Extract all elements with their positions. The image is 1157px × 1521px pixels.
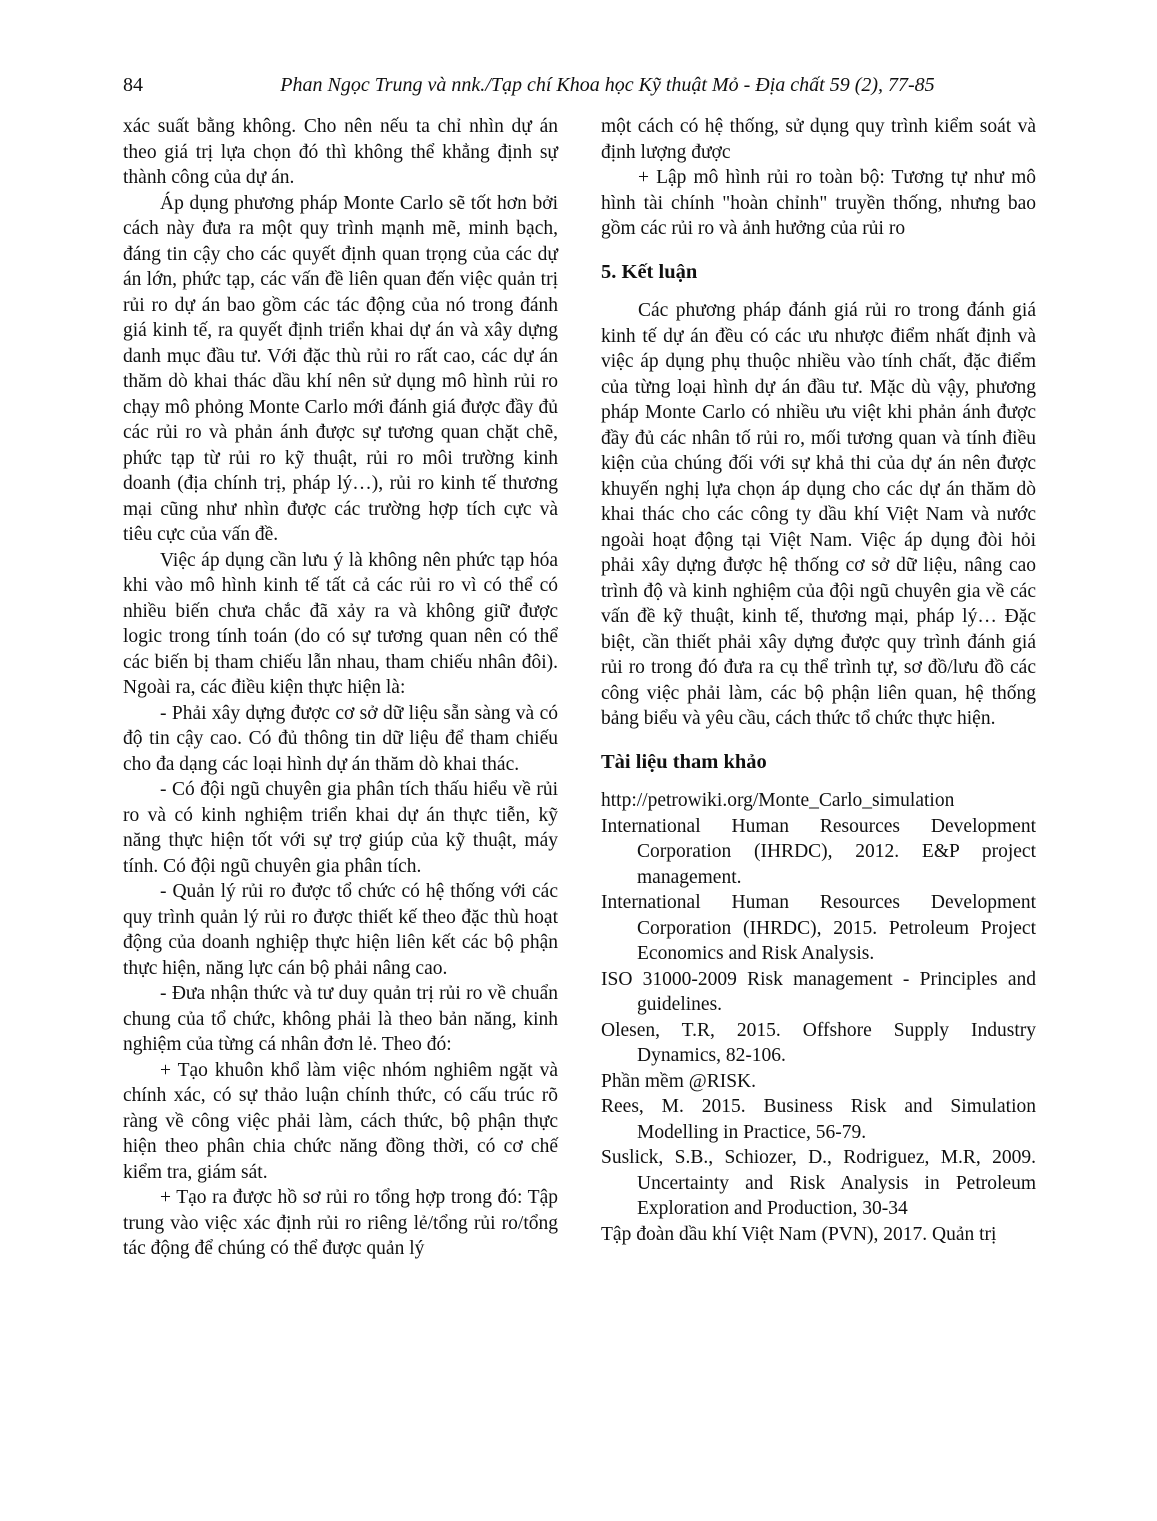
journal-page: 84 Phan Ngọc Trung và nnk./Tạp chí Khoa … [0,0,1157,1521]
left-column: xác suất bằng không. Cho nên nếu ta chỉ … [123,114,558,1262]
list-paragraph: + Tạo khuôn khổ làm việc nhóm nghiêm ngặ… [123,1058,558,1186]
reference-item: International Human Resources Developmen… [601,890,1036,967]
two-column-body: xác suất bằng không. Cho nên nếu ta chỉ … [123,114,1036,1262]
reference-item: Tập đoàn dầu khí Việt Nam (PVN), 2017. Q… [601,1222,1036,1248]
list-paragraph: - Đưa nhận thức và tư duy quản trị rủi r… [123,981,558,1058]
paragraph: Việc áp dụng cần lưu ý là không nên phức… [123,548,558,701]
list-paragraph: - Có đội ngũ chuyên gia phân tích thấu h… [123,777,558,879]
paragraph: Áp dụng phương pháp Monte Carlo sẽ tốt h… [123,191,558,548]
reference-item: Rees, M. 2015. Business Risk and Simulat… [601,1094,1036,1145]
paragraph: xác suất bằng không. Cho nên nếu ta chỉ … [123,114,558,191]
right-column: một cách có hệ thống, sử dụng quy trình … [601,114,1036,1262]
list-paragraph: - Phải xây dựng được cơ sở dữ liệu sẵn s… [123,701,558,778]
reference-item: ISO 31000-2009 Risk management - Princip… [601,967,1036,1018]
list-paragraph: + Lập mô hình rủi ro toàn bộ: Tương tự n… [601,165,1036,242]
conclusion-heading: 5. Kết luận [601,260,1036,286]
list-paragraph: - Quản lý rủi ro được tổ chức có hệ thốn… [123,879,558,981]
reference-item: Phần mềm @RISK. [601,1069,1036,1095]
reference-item: Olesen, T.R, 2015. Offshore Supply Indus… [601,1018,1036,1069]
page-header: 84 Phan Ngọc Trung và nnk./Tạp chí Khoa … [123,74,1036,97]
conclusion-paragraph: Các phương pháp đánh giá rủi ro trong đá… [601,298,1036,732]
page-number: 84 [123,74,179,97]
reference-item: http://petrowiki.org/Monte_Carlo_simulat… [601,788,1036,814]
reference-item: International Human Resources Developmen… [601,814,1036,891]
paragraph: một cách có hệ thống, sử dụng quy trình … [601,114,1036,165]
running-title: Phan Ngọc Trung và nnk./Tạp chí Khoa học… [179,74,1036,97]
reference-item: Suslick, S.B., Schiozer, D., Rodriguez, … [601,1145,1036,1222]
references-heading: Tài liệu tham khảo [601,750,1036,776]
list-paragraph: + Tạo ra được hồ sơ rủi ro tổng hợp tron… [123,1185,558,1262]
